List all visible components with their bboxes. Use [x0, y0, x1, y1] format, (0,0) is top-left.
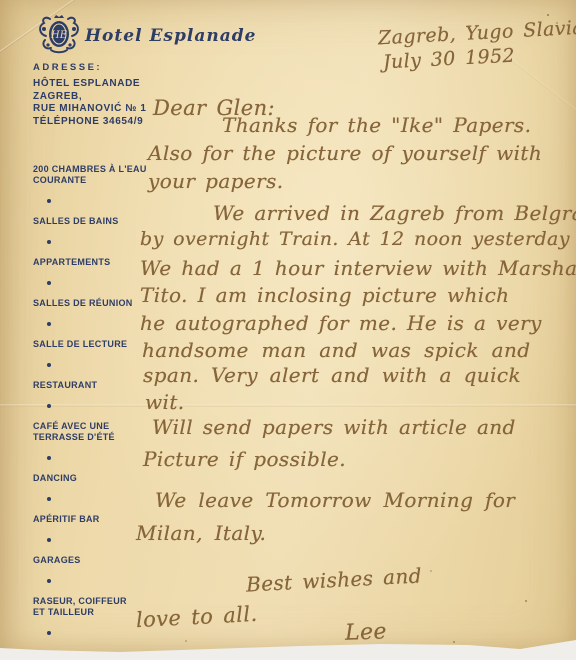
- amenity-item: APPARTEMENTS: [33, 257, 155, 268]
- bullet-dot: [47, 363, 51, 367]
- bullet-dot: [47, 322, 51, 326]
- letter-line: Also for the picture of yourself with: [148, 143, 542, 163]
- bullet-dot: [47, 281, 51, 285]
- letter-line: span. Very alert and with a quick: [143, 365, 521, 385]
- address-block: ADRESSE: HÔTEL ESPLANADE ZAGREB, RUE MIH…: [33, 62, 147, 128]
- amenity-item: CAFÉ AVEC UNE TERRASSE D'ÉTÉ: [33, 421, 155, 443]
- amenity-item: SALLES DE BAINS: [33, 216, 155, 227]
- svg-text:HE: HE: [50, 30, 68, 41]
- bullet-dot: [47, 199, 51, 203]
- address-line-phone: TÉLÉPHONE 34654/9: [33, 116, 147, 129]
- bullet-dot: [47, 240, 51, 244]
- bullet-dot: [47, 497, 51, 501]
- letter-line: Will send papers with article and: [152, 417, 516, 437]
- letter-signature: Lee: [345, 621, 388, 644]
- letter-line: he autographed for me. He is a very: [140, 313, 542, 333]
- letter-line: wit.: [145, 392, 185, 412]
- letter-line: We arrived in Zagreb from Belgrade: [213, 203, 576, 223]
- letter-line: Tito. I am inclosing picture which: [140, 285, 509, 305]
- letter-line: your papers.: [148, 171, 284, 191]
- address-line-hotel: HÔTEL ESPLANADE: [33, 78, 147, 91]
- amenity-item: GARAGES: [33, 555, 155, 566]
- address-label: ADRESSE:: [33, 62, 147, 73]
- letter-closing: love to all.: [136, 604, 258, 631]
- bullet-dot: [47, 456, 51, 460]
- address-line-street: RUE MIHANOVIĆ № 1: [33, 103, 147, 116]
- paper-specks: [547, 14, 549, 16]
- amenity-item: SALLES DE RÉUNION: [33, 298, 155, 309]
- letter-line: handsome man and was spick and: [142, 340, 530, 360]
- letter-line: Thanks for the "Ike" Papers.: [222, 115, 531, 135]
- hotel-crest-icon: HE: [36, 14, 82, 54]
- hotel-name-script: Hotel Esplanade: [85, 26, 256, 46]
- letter-line: Milan, Italy.: [136, 523, 266, 543]
- letter-line: We leave Tomorrow Morning for: [155, 490, 515, 510]
- handwritten-place: Zagreb, Yugo Slavia: [378, 19, 576, 49]
- handwritten-date: July 30 1952: [383, 47, 516, 73]
- amenity-item: SALLE DE LECTURE: [33, 339, 155, 350]
- letter-line: We had a 1 hour interview with Marshall: [140, 258, 576, 278]
- amenities-list: 200 CHAMBRES À L'EAU COURANTE SALLES DE …: [33, 164, 155, 648]
- letter-paper: HE Hotel Esplanade ADRESSE: HÔTEL ESPLAN…: [0, 0, 576, 660]
- bullet-dot: [47, 579, 51, 583]
- letter-line: by overnight Train. At 12 noon yesterday: [140, 230, 570, 249]
- bullet-dot: [47, 404, 51, 408]
- bullet-dot: [47, 631, 51, 635]
- bullet-dot: [47, 538, 51, 542]
- amenity-item: RESTAURANT: [33, 380, 155, 391]
- amenity-item: 200 CHAMBRES À L'EAU COURANTE: [33, 164, 155, 186]
- amenity-item: DANCING: [33, 473, 155, 484]
- scanned-letter-page: { "colors":{"paper":"#eedaab","print_ink…: [0, 0, 576, 660]
- letter-line: Picture if possible.: [143, 449, 346, 469]
- address-line-city: ZAGREB,: [33, 91, 147, 104]
- letter-closing: Best wishes and: [246, 565, 423, 594]
